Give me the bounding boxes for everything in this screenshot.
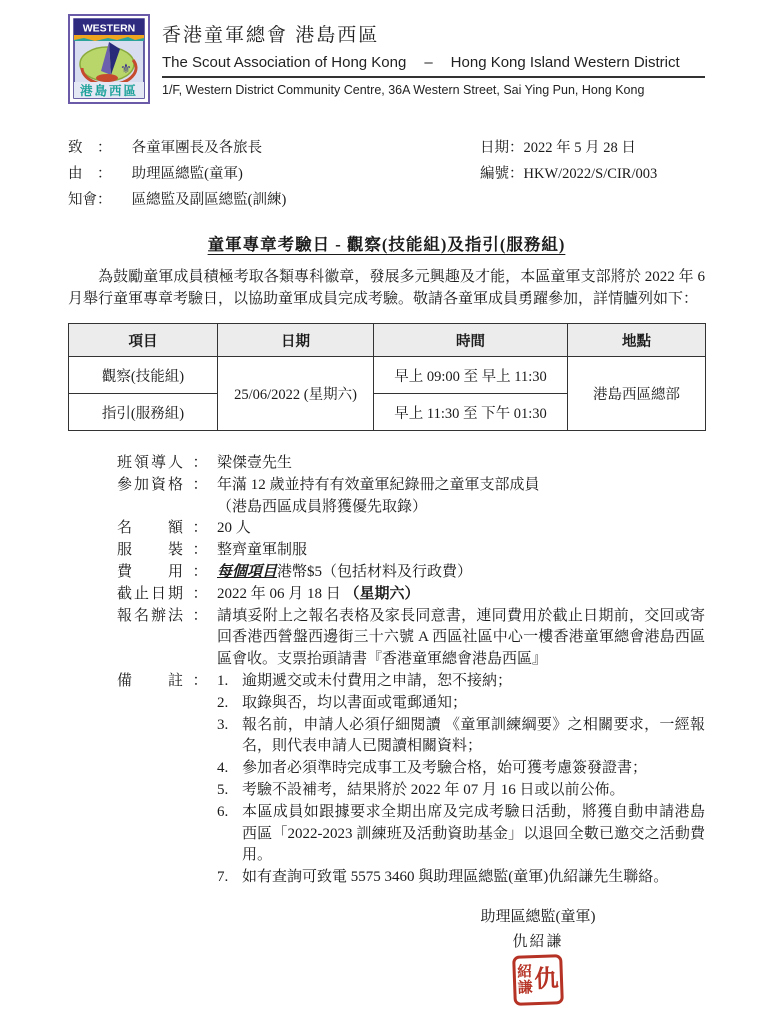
- detail-eligibility: 參加資格 ： 年滿 12 歲並持有有效童軍紀錄冊之童軍支部成員 （港島西區成員將…: [117, 475, 705, 519]
- org-name-english: The Scout Association of Hong Kong–Hong …: [162, 54, 705, 71]
- signer-name: 仇紹謙: [433, 930, 643, 951]
- date-label: 日期：: [480, 140, 524, 156]
- ref-label: 編號：: [480, 166, 524, 182]
- letterhead: WESTERN ⚜ 港島西區 香港童軍總會 港島西區 The Scout Ass…: [68, 14, 705, 109]
- col-date: 日期: [218, 324, 374, 357]
- seal-char-bottom-left: 謙: [517, 980, 533, 997]
- deadline-date: 2022 年 06 月 18 日: [217, 586, 345, 602]
- event-venue: 港島西區總部: [568, 357, 706, 431]
- detail-deadline: 截止日期 ： 2022 年 06 月 18 日 （星期六）: [117, 584, 705, 606]
- org-en-left: The Scout Association of Hong Kong: [162, 54, 406, 71]
- cc-line: 知會： 區總監及副區總監(訓練): [68, 187, 705, 213]
- schedule-table: 項目 日期 時間 地點 觀察(技能組) 25/06/2022 (星期六) 早上 …: [68, 323, 706, 431]
- detail-quota: 名額 ： 20 人: [117, 518, 705, 540]
- org-en-right: Hong Kong Island Western District: [451, 54, 680, 71]
- remarks-list: 逾期遞交或未付費用之申請，恕不接納； 取錄與否，均以書面或電郵通知； 報名前，申…: [217, 671, 705, 889]
- to-label: 致 ：: [68, 135, 114, 161]
- eligibility-line1: 年滿 12 歲並持有有效童軍紀錄冊之童軍支部成員: [217, 477, 540, 493]
- cc-value: 區總監及副區總監(訓練): [118, 192, 287, 208]
- remark-1: 逾期遞交或未付費用之申請，恕不接納；: [217, 671, 705, 693]
- signature-block: 助理區總監(童軍) 仇紹謙 仇 紹 謙: [433, 905, 643, 1005]
- detail-remarks: 備註 ： 逾期遞交或未付費用之申請，恕不接納； 取錄與否，均以書面或電郵通知； …: [117, 671, 705, 889]
- to-value: 各童軍團長及各旅長: [118, 140, 263, 156]
- remark-2: 取錄與否，均以書面或電郵通知；: [217, 693, 705, 715]
- cc-label: 知會：: [68, 187, 114, 213]
- red-seal-stamp: 仇 紹 謙: [512, 954, 564, 1006]
- eligibility-line2: （港島西區成員將獲優先取錄）: [217, 499, 427, 515]
- time-observer: 早上 09:00 至 早上 11:30: [374, 357, 568, 394]
- intro-paragraph: 為鼓勵童軍成員積極考取各類專科徽章，發展多元興趣及才能，本區童軍支部將於 202…: [68, 267, 705, 310]
- remark-6: 本區成員如跟據要求全期出席及完成考驗日活動，將獲自動申請港島西區「2022-20…: [217, 802, 705, 867]
- detail-uniform: 服裝 ： 整齊童軍制服: [117, 540, 705, 562]
- seal-char-right: 仇: [532, 967, 559, 992]
- item-guide: 指引(服務組): [69, 394, 218, 431]
- date-ref-block: 日期：2022 年 5 月 28 日 編號：HKW/2022/S/CIR/003: [480, 135, 657, 187]
- remark-3: 報名前，申請人必須仔細閱讀 《童軍訓練綱要》之相關要求，一經報名，則代表申請人已…: [217, 715, 705, 759]
- item-observer: 觀察(技能組): [69, 357, 218, 394]
- scout-badge-icon: WESTERN ⚜ 港島西區: [68, 14, 150, 104]
- org-name-chinese: 香港童軍總會 港島西區: [162, 20, 705, 47]
- org-address: 1/F, Western District Community Centre, …: [162, 83, 705, 97]
- document-title: 童軍專章考驗日 - 觀察(技能組)及指引(服務組): [68, 231, 705, 255]
- seal-char-top-left: 紹: [517, 964, 533, 981]
- signer-title: 助理區總監(童軍): [433, 905, 643, 926]
- ref-value: HKW/2022/S/CIR/003: [524, 166, 658, 182]
- org-en-dash: –: [406, 54, 450, 71]
- fleur-de-lis-icon: ⚜: [120, 61, 132, 76]
- remark-5: 考驗不設補考，結果將於 2022 年 07 月 16 日或以前公佈。: [217, 780, 705, 802]
- remark-7: 如有查詢可致電 5575 3460 與助理區總監(童軍)仇紹謙先生聯絡。: [217, 867, 705, 889]
- logo-western-text: WESTERN: [83, 23, 136, 35]
- detail-apply: 報名辦法 ： 請填妥附上之報名表格及家長同意書，連同費用於截止日期前，交回或寄回…: [117, 606, 705, 671]
- table-row: 觀察(技能組) 25/06/2022 (星期六) 早上 09:00 至 早上 1…: [69, 357, 706, 394]
- logo-district-text: 港島西區: [80, 83, 138, 98]
- header-divider: [162, 76, 705, 78]
- time-guide: 早上 11:30 至 下午 01:30: [374, 394, 568, 431]
- col-venue: 地點: [568, 324, 706, 357]
- fee-emphasis: 每個項目: [217, 564, 277, 580]
- detail-fee: 費用 ： 每個項目港幣$5（包括材料及行政費）: [117, 562, 705, 584]
- date-line: 日期：2022 年 5 月 28 日: [480, 135, 657, 161]
- date-value: 2022 年 5 月 28 日: [524, 140, 636, 156]
- district-badge-logo: WESTERN ⚜ 港島西區: [68, 14, 150, 109]
- document-page: WESTERN ⚜ 港島西區 香港童軍總會 港島西區 The Scout Ass…: [0, 0, 770, 1024]
- col-time: 時間: [374, 324, 568, 357]
- table-header-row: 項目 日期 時間 地點: [69, 324, 706, 357]
- addressing-block: 致 ： 各童軍團長及各旅長 由 ： 助理區總監(童軍) 知會： 區總監及副區總監…: [68, 135, 705, 213]
- from-label: 由 ：: [68, 161, 114, 187]
- event-date: 25/06/2022 (星期六): [218, 357, 374, 431]
- remark-4: 參加者必須準時完成事工及考驗合格，始可獲考慮簽發證書；: [217, 758, 705, 780]
- ref-line: 編號：HKW/2022/S/CIR/003: [480, 161, 657, 187]
- fee-rest: 港幣$5（包括材料及行政費）: [277, 564, 472, 580]
- col-item: 項目: [69, 324, 218, 357]
- details-list: 班領導人 ： 梁傑壹先生 參加資格 ： 年滿 12 歲並持有有效童軍紀錄冊之童軍…: [68, 453, 705, 889]
- from-value: 助理區總監(童軍): [118, 166, 243, 182]
- deadline-weekday: （星期六）: [345, 586, 420, 602]
- detail-leader: 班領導人 ： 梁傑壹先生: [117, 453, 705, 475]
